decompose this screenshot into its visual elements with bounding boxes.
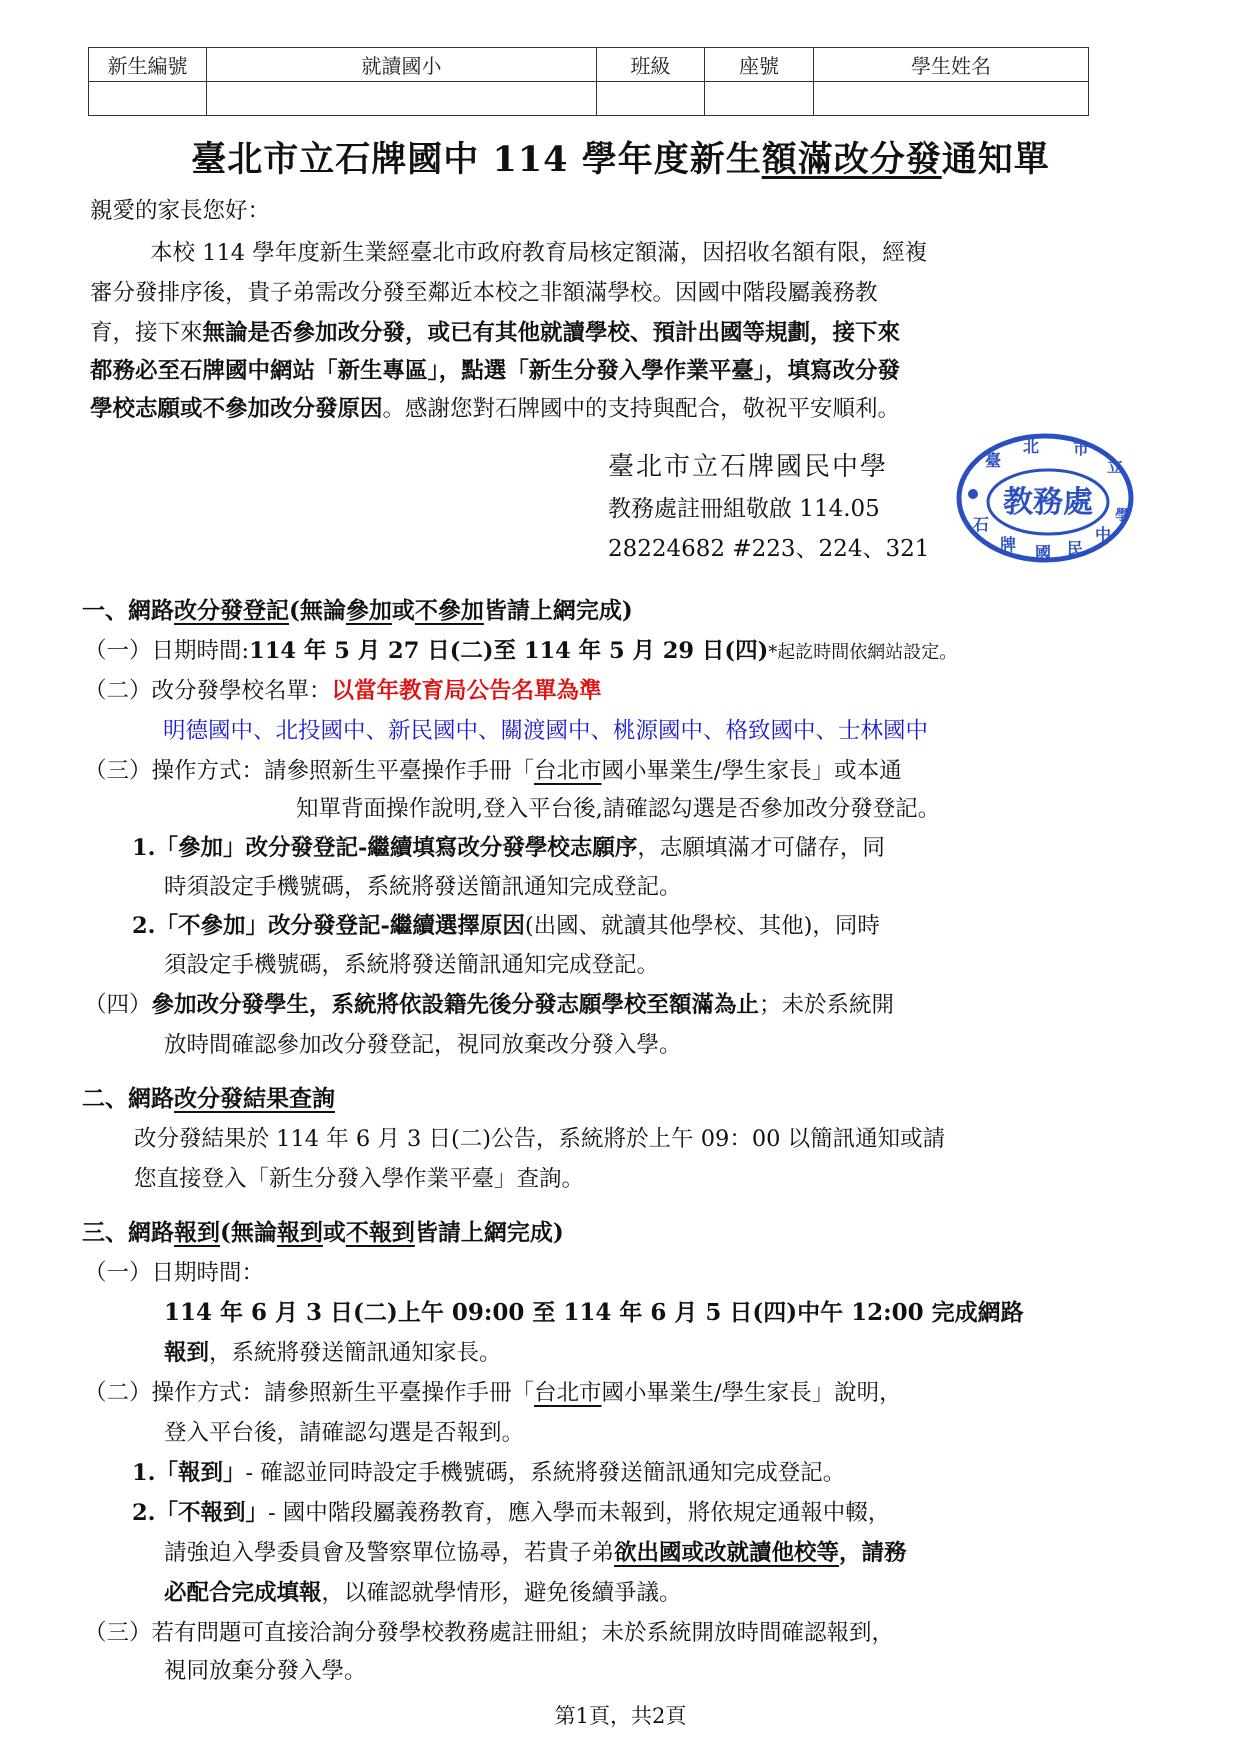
s1-item-4-line-2: 放時間確認參加改分發登記，視同放棄改分發入學。: [164, 1030, 682, 1060]
intro-line-2: 審分發排序後，貴子弟需改分發至鄰近本校之非額滿學校。因國中階段屬義務教: [90, 278, 878, 308]
student-info-table: 新生編號 就讀國小 班級 座號 學生姓名: [88, 47, 1089, 116]
col-elementary-school: 就讀國小: [207, 48, 597, 82]
s1-date-range: 114 年 5 月 27 日(二)至 114 年 5 月 29 日(四): [249, 638, 768, 664]
s1-participate: 1.「參加」改分發登記-繼續填寫改分發學校志願序，志願填滿才可儲存，同: [132, 833, 885, 863]
intro-line-3: 育，接下來無論是否參加改分發，或已有其他就讀學校、預計出國等規劃，接下來: [90, 318, 900, 348]
s3-item-3: （三）若有問題可直接洽詢分發學校教務處註冊組；未於系統開放時間確認報到，: [84, 1618, 894, 1648]
greeting: 親愛的家長您好：: [90, 196, 270, 226]
col-class: 班級: [597, 48, 705, 82]
col-student-name: 學生姓名: [814, 48, 1089, 82]
s1-not-participate: 2.「不參加」改分發登記-繼續選擇原因(出國、就讀其他學校、其他)，同時: [132, 911, 880, 941]
section-2-heading: 二、網路改分發結果查詢: [82, 1084, 335, 1114]
s1-operation-line-2: 知單背面操作說明,登入平台後,請確認勾選是否參加改分發登記。: [296, 794, 940, 824]
signature-phone: 28224682 #223、224、321: [608, 530, 929, 563]
svg-text:北: 北: [1023, 437, 1039, 456]
svg-text:臺: 臺: [985, 451, 1001, 470]
field-student-name[interactable]: [814, 82, 1089, 116]
table-header-row: 新生編號 就讀國小 班級 座號 學生姓名: [89, 48, 1089, 82]
s1-date-time: （一）日期時間:114 年 5 月 27 日(二)至 114 年 5 月 29 …: [84, 636, 957, 668]
field-class[interactable]: [597, 82, 705, 116]
s3-not-report-line-2: 請強迫入學委員會及警察單位協尋，若貴子弟欲出國或改就讀他校等，請務: [164, 1538, 907, 1568]
svg-text:立: 立: [1107, 457, 1123, 476]
field-student-id[interactable]: [89, 82, 207, 116]
s1-item-4: （四）參加改分發學生，系統將依設籍先後分發志願學校至額滿為止；未於系統開: [84, 990, 894, 1020]
svg-text:國: 國: [1035, 543, 1051, 562]
field-elementary-school[interactable]: [207, 82, 597, 116]
s3-operation: （二）操作方式：請參照新生平臺操作手冊「台北市國小畢業生/學生家長」說明，: [84, 1378, 902, 1408]
intro-line-5: 學校志願或不參加改分發原因。感謝您對石牌國中的支持與配合，敬祝平安順利。: [90, 394, 900, 424]
title-underlined: 額滿改分發: [762, 139, 942, 180]
section-3-heading: 三、網路報到(無論報到或不報到皆請上網完成): [82, 1218, 564, 1248]
s3-operation-line-2: 登入平台後，請確認勾選是否報到。: [164, 1418, 524, 1448]
s3-item-3-line-2: 視同放棄分發入學。: [164, 1656, 367, 1686]
section-1-heading: 一、網路改分發登記(無論參加或不參加皆請上網完成): [82, 596, 633, 626]
s3-not-report: 2.「不報到」- 國中階段屬義務教育，應入學而未報到，將依規定通報中輟，: [132, 1498, 890, 1528]
col-seat-no: 座號: [705, 48, 814, 82]
s3-not-report-line-3: 必配合完成填報，以確認就學情形，避免後續爭議。: [164, 1578, 682, 1608]
page-title: 臺北市立石牌國中 114 學年度新生額滿改分發通知單: [0, 132, 1241, 182]
intro-line-4: 都務必至石牌國中網站「新生專區」，點選「新生分發入學作業平臺」，填寫改分發: [90, 356, 900, 386]
s3-date-time-label: （一）日期時間：: [84, 1258, 264, 1288]
svg-text:學: 學: [1114, 507, 1129, 524]
svg-text:市: 市: [1073, 439, 1089, 458]
s1-school-list: 明德國中、北投國中、新民國中、關渡國中、桃源國中、格致國中、士林國中: [163, 716, 928, 746]
s1-school-list-label: （二）改分發學校名單：以當年教育局公告名單為準: [84, 676, 602, 706]
office-seal-stamp-icon: 教務處 臺 北 市 立 石 牌 國 民 中 學: [955, 432, 1135, 564]
page-number: 第1頁，共2頁: [0, 1700, 1241, 1730]
signature-office: 教務處註冊組敬啟 114.05: [608, 490, 880, 523]
svg-text:牌: 牌: [1000, 535, 1016, 554]
s1-participate-line-2: 時須設定手機號碼，系統將發送簡訊通知完成登記。: [164, 872, 682, 902]
svg-text:民: 民: [1067, 539, 1083, 558]
s2-line-2: 您直接登入「新生分發入學作業平臺」查詢。: [134, 1164, 584, 1194]
svg-text:石: 石: [973, 515, 989, 534]
s3-date-line-2: 報到，系統將發送簡訊通知家長。: [164, 1338, 502, 1368]
signature-school: 臺北市立石牌國民中學: [608, 446, 888, 483]
s1-not-participate-line-2: 須設定手機號碼，系統將發送簡訊通知完成登記。: [164, 950, 659, 980]
col-student-id: 新生編號: [89, 48, 207, 82]
table-blank-row: [89, 82, 1089, 116]
field-seat-no[interactable]: [705, 82, 814, 116]
svg-text:教務處: 教務處: [1003, 485, 1093, 520]
intro-line-1: 本校 114 學年度新生業經臺北市政府教育局核定額滿，因招收名額有限，經複: [150, 238, 927, 268]
svg-text:中: 中: [1095, 525, 1111, 544]
s3-report: 1.「報到」- 確認並同時設定手機號碼，系統將發送簡訊通知完成登記。: [132, 1458, 845, 1488]
s3-date-range: 114 年 6 月 3 日(二)上午 09:00 至 114 年 6 月 5 日…: [164, 1298, 1024, 1328]
s2-line-1: 改分發結果於 114 年 6 月 3 日(二)公告，系統將於上午 09：00 以…: [134, 1124, 945, 1154]
s1-operation: （三）操作方式：請參照新生平臺操作手冊「台北市國小畢業生/學生家長」或本通: [84, 756, 902, 786]
